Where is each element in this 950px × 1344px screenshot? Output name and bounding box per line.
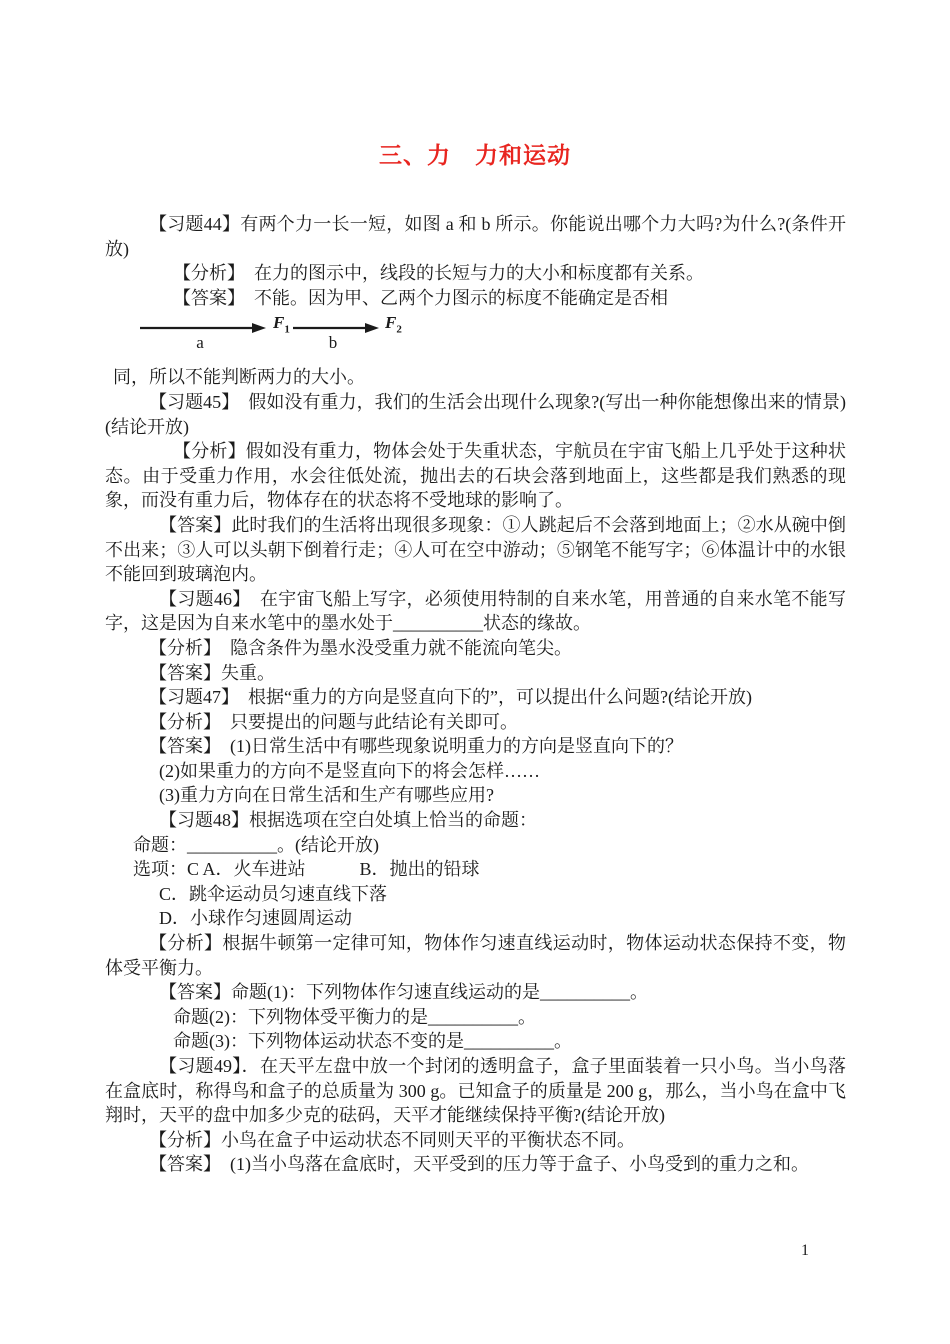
problem-46-question: 【习题46】 在宇宙飞船上写字，必须使用特制的自来水笔，用普通的自来水笔不能写字… [105,587,846,636]
problem-47-analysis: 【分析】 只要提出的问题与此结论有关即可。 [105,710,846,735]
page-title: 三、力 力和运动 [105,137,845,170]
problem-45-analysis: 【分析】假如没有重力，物体会处于失重状态，宇航员在宇宙飞船上几乎处于这种状态。由… [105,439,846,513]
problem-48-option-d: D．小球作匀速圆周运动 [105,906,846,931]
problem-44-analysis: 【分析】 在力的图示中，线段的长短与力的大小和标度都有关系。 [105,261,846,286]
problem-46-analysis: 【分析】 隐含条件为墨水没受重力就不能流向笔尖。 [105,636,846,661]
problem-48-question: 【习题48】根据选项在空白处填上恰当的命题： [105,808,846,833]
document-page: 三、力 力和运动 【习题44】有两个力一长一短，如图 a 和 b 所示。你能说出… [0,0,950,1344]
arrow-a-label: a [185,333,215,353]
problem-45-answer: 【答案】此时我们的生活将出现很多现象：①人跳起后不会落到地面上；②水从碗中倒不出… [105,513,846,587]
problem-45-question: 【习题45】 假如没有重力，我们的生活会出现什么现象?(写出一种你能想像出来的情… [105,390,846,439]
problem-46-answer: 【答案】失重。 [105,661,846,686]
problem-48-answer-2: 命题(2)：下列物体受平衡力的是__________。 [105,1005,846,1030]
problem-44-question: 【习题44】有两个力一长一短，如图 a 和 b 所示。你能说出哪个力大吗?为什么… [105,212,846,261]
problem-48-answer-1: 【答案】命题(1)：下列物体作匀速直线运动的是__________。 [105,980,846,1005]
problem-48-answer-3: 命题(3)：下列物体运动状态不变的是__________。 [105,1029,846,1054]
problem-49-question: 【习题49】．在天平左盘中放一个封闭的透明盒子，盒子里面装着一只小鸟。当小鸟落在… [105,1054,846,1128]
problem-48-proposition-blank: 命题：__________。(结论开放) [105,833,846,858]
arrow-b-label: b [318,333,348,353]
problem-47-question: 【习题47】 根据“重力的方向是竖直向下的”，可以提出什么问题?(结论开放) [105,685,846,710]
page-number: 1 [790,1242,820,1260]
force-label-f1: F1 [273,313,290,335]
problem-48-option-c: C．跳伞运动员匀速直线下落 [105,882,846,907]
problem-49-analysis: 【分析】小鸟在盒子中运动状态不同则天平的平衡状态不同。 [105,1128,846,1153]
problem-48-analysis: 【分析】根据牛顿第一定律可知，物体作匀速直线运动时，物体运动状态保持不变，物体受… [105,931,846,980]
problem-44-answer-part1: 【答案】 不能。因为甲、乙两个力图示的标度不能确定是否相 [105,286,846,311]
force-diagram: F1 F2 a b [105,313,846,359]
problem-47-answer-3: (3)重力方向在日常生活和生产有哪些应用? [105,783,846,808]
force-label-f2: F2 [385,313,402,335]
problem-47-answer-1: 【答案】 (1)日常生活中有哪些现象说明重力的方向是竖直向下的？ [105,734,846,759]
problem-47-answer-2: (2)如果重力的方向不是竖直向下的将会怎样…… [105,759,846,784]
document-body: 【习题44】有两个力一长一短，如图 a 和 b 所示。你能说出哪个力大吗?为什么… [105,212,846,1177]
problem-48-options-ab: 选项：C A．火车进站 B．抛出的铅球 [105,857,846,882]
problem-49-answer: 【答案】 (1)当小鸟落在盒底时，天平受到的压力等于盒子、小鸟受到的重力之和。 [105,1152,846,1177]
problem-44-answer-part2: 同，所以不能判断两力的大小。 [105,365,846,390]
